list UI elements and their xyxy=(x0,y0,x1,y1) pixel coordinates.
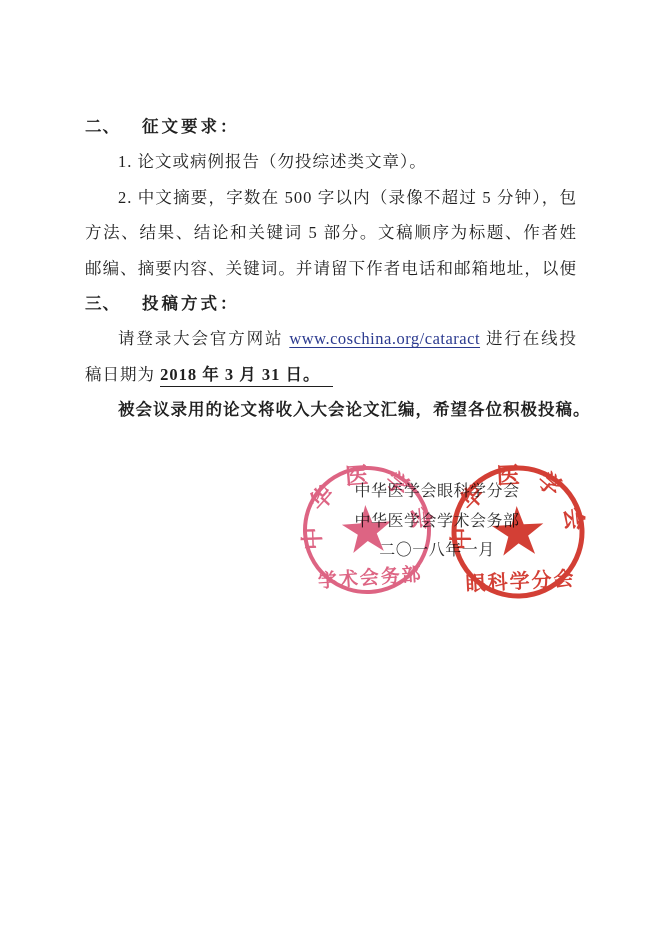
section-2-item-2-line-1: 2. 中文摘要，字数在 500 字以内（录像不超过 5 分钟），包括目的、 xyxy=(85,180,577,215)
signature-block: 中华医学会眼科学分会 中华医学会学术会务部 二〇一八年一月 xyxy=(354,477,519,566)
left-stamp-bottom-text: 学术会务部 xyxy=(317,562,423,592)
section-2-item-1: 1. 论文或病例报告（勿投综述类文章）。 xyxy=(85,144,577,179)
section-3-title: 投稿方式： xyxy=(142,294,240,313)
section-3-heading: 三、投稿方式： xyxy=(85,286,577,321)
section-2-title: 征文要求： xyxy=(142,117,240,136)
document-body: 二、征文要求： 1. 论文或病例报告（勿投综述类文章）。 2. 中文摘要，字数在… xyxy=(85,109,577,428)
closing-line: 被会议录用的论文将收入大会论文汇编，希望各位积极投稿。 xyxy=(85,392,577,427)
deadline-prefix: 稿日期为 xyxy=(85,365,160,384)
section-3-line-1: 请登录大会官方网站 www.coschina.org/cataract 进行在线… xyxy=(85,321,577,356)
submission-site-link[interactable]: www.coschina.org/cataract xyxy=(289,329,480,348)
section-3-line-2: 稿日期为 2018 年 3 月 31 日。 xyxy=(85,357,577,392)
document-page: 二、征文要求： 1. 论文或病例报告（勿投综述类文章）。 2. 中文摘要，字数在… xyxy=(0,0,662,947)
section-2-item-2-line-2: 方法、结果、结论和关键词 5 部分。文稿顺序为标题、作者姓名、单位、 xyxy=(85,215,577,250)
right-stamp-bottom-text: 眼科学分会 xyxy=(465,566,576,596)
signature-line-2: 中华医学会学术会务部 xyxy=(354,507,519,537)
section-2-heading: 二、征文要求： xyxy=(85,109,577,144)
section-2-number: 二、 xyxy=(85,117,120,136)
section-2-item-2-line-3: 邮编、摘要内容、关键词。并请留下作者电话和邮箱地址，以便于联系。 xyxy=(85,251,577,286)
deadline-date: 2018 年 3 月 31 日。 xyxy=(160,364,332,387)
signature-date: 二〇一八年一月 xyxy=(354,536,519,566)
signature-line-1: 中华医学会眼科学分会 xyxy=(354,477,519,507)
section-3-number: 三、 xyxy=(85,294,120,313)
submission-line-prefix: 请登录大会官方网站 xyxy=(118,329,289,348)
